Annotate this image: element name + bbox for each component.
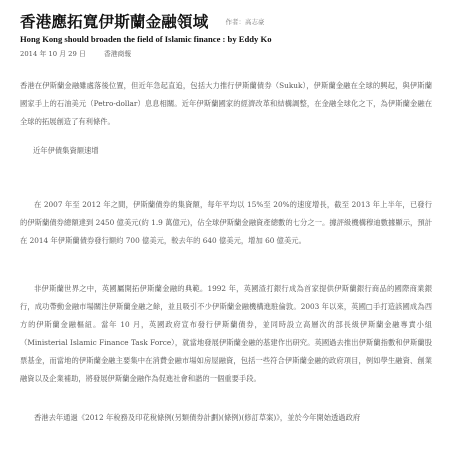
paragraph-sukuk-growth: 在 2007 年至 2012 年之間，伊斯蘭債券的集資額，每年平均以 15%至 …	[20, 196, 432, 250]
article-source: 香港商報	[104, 50, 131, 58]
article-subtitle: Hong Kong should broaden the field of Is…	[20, 34, 272, 44]
article-meta: 2014 年 10 月 29 日 香港商報	[20, 48, 131, 58]
article-author: 作者：高志豪	[226, 18, 265, 26]
article-date: 2014 年 10 月 29 日	[20, 50, 86, 58]
article-page: 香港應拓寬伊斯蘭金融領域 作者：高志豪 Hong Kong should bro…	[0, 0, 452, 452]
paragraph-intro: 香港在伊斯蘭金融雖處落後位置，但近年急起直追，包括大力推行伊斯蘭債券（Sukuk…	[20, 77, 432, 131]
paragraph-hk-legislation: 香港去年通過《2012 年稅務及印花稅條例(另類債券計劃)(條例)(修訂草案)》…	[20, 409, 432, 427]
section-heading: 近年伊債集資額速增	[33, 146, 99, 156]
paragraph-uk-example: 非伊斯蘭世界之中，英國屬開拓伊斯蘭金融的典範。1992 年，英國渣打銀行成為首家…	[20, 280, 432, 388]
title-row: 香港應拓寬伊斯蘭金融領域 作者：高志豪	[20, 10, 265, 32]
article-title: 香港應拓寬伊斯蘭金融領域	[20, 12, 208, 31]
